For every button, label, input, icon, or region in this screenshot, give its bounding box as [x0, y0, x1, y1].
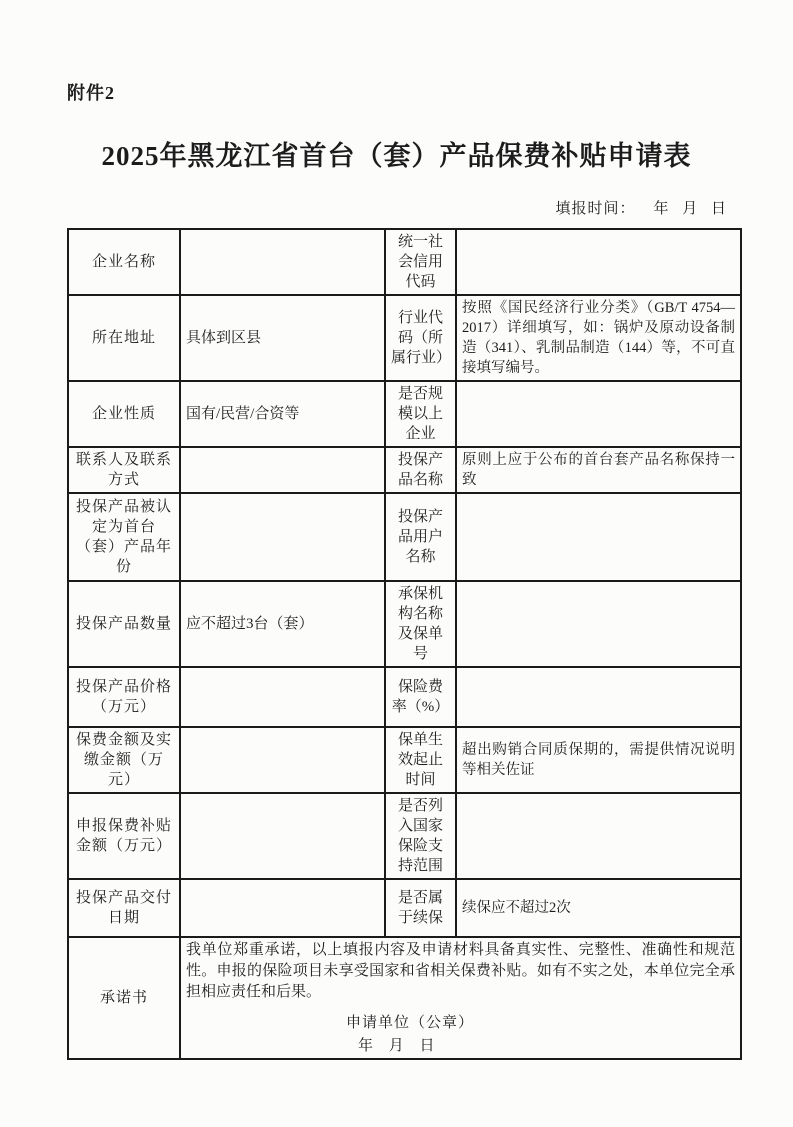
- hint-insured-product-name: 原则上应于公布的首台套产品名称保持一致: [456, 447, 741, 493]
- row-contact: 联系人及联系方式 投保产品名称 原则上应于公布的首台套产品名称保持一致: [68, 447, 741, 493]
- hint-enterprise-nature: 国有/民营/合资等: [180, 381, 385, 447]
- label-industry-code: 行业代码（所属行业）: [385, 295, 456, 381]
- scanned-form-page: 附件2 2025年黑龙江省首台（套）产品保费补贴申请表 填报时间：年 月 日 企…: [0, 0, 793, 1127]
- hint-product-quantity: 应不超过3台（套）: [180, 581, 385, 667]
- value-credit-code: [456, 229, 741, 295]
- value-insurer-policy-no: [456, 581, 741, 667]
- row-commitment: 承诺书 我单位郑重承诺，以上填报内容及申请材料具备真实性、完整性、准确性和规范性…: [68, 937, 741, 1059]
- label-enterprise-nature: 企业性质: [68, 381, 180, 447]
- label-company-name: 企业名称: [68, 229, 180, 295]
- value-premium-rate: [456, 667, 741, 727]
- label-address: 所在地址: [68, 295, 180, 381]
- label-premium-rate: 保险费率（%）: [385, 667, 456, 727]
- label-policy-period: 保单生效起止时间: [385, 727, 456, 793]
- commitment-cell: 我单位郑重承诺，以上填报内容及申请材料具备真实性、完整性、准确性和规范性。申报的…: [180, 937, 741, 1059]
- label-above-scale: 是否规模以上企业: [385, 381, 456, 447]
- row-enterprise-nature: 企业性质 国有/民营/合资等 是否规模以上企业: [68, 381, 741, 447]
- label-national-coverage: 是否列入国家保险支持范围: [385, 793, 456, 879]
- hint-renewal: 续保应不超过2次: [456, 879, 741, 937]
- fill-time-label: 填报时间：: [555, 201, 635, 217]
- label-premium-amount: 保费金额及实缴金额（万元）: [68, 727, 180, 793]
- value-delivery-date: [180, 879, 385, 937]
- label-product-quantity: 投保产品数量: [68, 581, 180, 667]
- label-product-price: 投保产品价格（万元）: [68, 667, 180, 727]
- value-product-user-name: [456, 493, 741, 581]
- label-subsidy-amount: 申报保费补贴金额（万元）: [68, 793, 180, 879]
- row-delivery-date: 投保产品交付日期 是否属于续保 续保应不超过2次: [68, 879, 741, 937]
- label-contact: 联系人及联系方式: [68, 447, 180, 493]
- value-recognition-year: [180, 493, 385, 581]
- row-premium-amount: 保费金额及实缴金额（万元） 保单生效起止时间 超出购销合同质保期的，需提供情况说…: [68, 727, 741, 793]
- value-subsidy-amount: [180, 793, 385, 879]
- label-insurer-policy-no: 承保机构名称及保单号: [385, 581, 456, 667]
- value-national-coverage: [456, 793, 741, 879]
- hint-policy-period: 超出购销合同质保期的，需提供情况说明等相关佐证: [456, 727, 741, 793]
- label-commitment: 承诺书: [68, 937, 180, 1059]
- hint-address: 具体到区县: [180, 295, 385, 381]
- value-company-name: [180, 229, 385, 295]
- row-company-name: 企业名称 统一社会信用代码: [68, 229, 741, 295]
- commitment-body: 我单位郑重承诺，以上填报内容及申请材料具备真实性、完整性、准确性和规范性。申报的…: [186, 940, 735, 1003]
- page-title: 2025年黑龙江省首台（套）产品保费补贴申请表: [0, 134, 793, 173]
- label-delivery-date: 投保产品交付日期: [68, 879, 180, 937]
- label-recognition-year: 投保产品被认定为首台（套）产品年份: [68, 493, 180, 581]
- label-renewal: 是否属于续保: [385, 879, 456, 937]
- label-credit-code: 统一社会信用代码: [385, 229, 456, 295]
- application-table: 企业名称 统一社会信用代码 所在地址 具体到区县 行业代码（所属行业） 按照《国…: [67, 228, 742, 1060]
- value-contact: [180, 447, 385, 493]
- value-premium-amount: [180, 727, 385, 793]
- row-subsidy-amount: 申报保费补贴金额（万元） 是否列入国家保险支持范围: [68, 793, 741, 879]
- commitment-date-line: 年 月 日: [186, 1036, 735, 1056]
- label-insured-product-name: 投保产品名称: [385, 447, 456, 493]
- fill-time-value: 年 月 日: [653, 201, 727, 217]
- row-address: 所在地址 具体到区县 行业代码（所属行业） 按照《国民经济行业分类》（GB/T …: [68, 295, 741, 381]
- attachment-label: 附件2: [67, 79, 115, 105]
- row-product-price: 投保产品价格（万元） 保险费率（%）: [68, 667, 741, 727]
- value-above-scale: [456, 381, 741, 447]
- row-recognition-year: 投保产品被认定为首台（套）产品年份 投保产品用户名称: [68, 493, 741, 581]
- value-product-price: [180, 667, 385, 727]
- commitment-signature-line: 申请单位（公章）: [186, 1013, 735, 1033]
- fill-time-line: 填报时间：年 月 日: [555, 197, 727, 218]
- row-product-quantity: 投保产品数量 应不超过3台（套） 承保机构名称及保单号: [68, 581, 741, 667]
- label-product-user-name: 投保产品用户名称: [385, 493, 456, 581]
- hint-industry-code: 按照《国民经济行业分类》（GB/T 4754—2017）详细填写，如：锅炉及原动…: [456, 295, 741, 381]
